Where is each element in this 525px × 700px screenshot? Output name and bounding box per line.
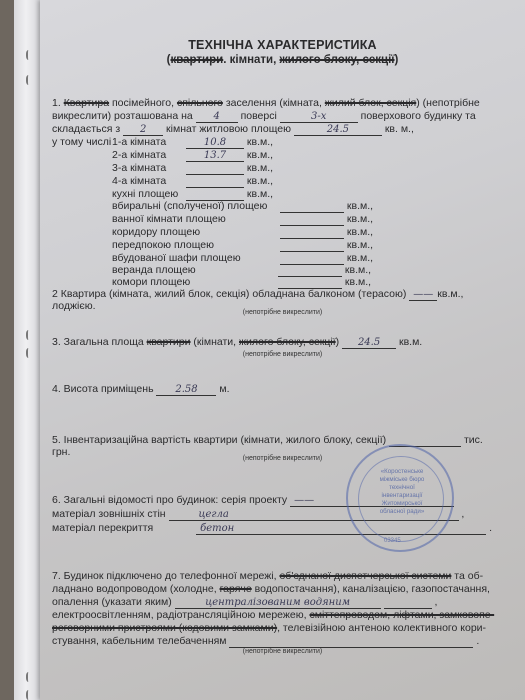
- total-area-field[interactable]: 24.5: [342, 337, 396, 349]
- section-7-line-4: електроосвітленням, радіотрансляційною м…: [52, 609, 494, 622]
- struck-word: жилого блоку, секції: [239, 336, 336, 348]
- living-area-field[interactable]: 24.5: [294, 124, 382, 136]
- document-title: ТЕХНІЧНА ХАРАКТЕРИСТИКА: [40, 38, 525, 52]
- subtitle-part: ): [395, 54, 399, 66]
- subtitle-part-struck: жилого блоку, секції: [280, 54, 395, 66]
- floors-total-field[interactable]: 3-х: [280, 111, 358, 123]
- text: опалення (указати яким): [52, 596, 172, 608]
- text: 4. Висота приміщень: [52, 383, 154, 395]
- unit: м.: [219, 383, 229, 395]
- section-5: 5. Інвентаризаційна вартість квартири (к…: [52, 434, 483, 447]
- section-1-line-1: 1. Квартира посімейного, спільного засел…: [52, 97, 480, 110]
- struck-word: гаряче: [220, 583, 252, 595]
- strike-note: (непотрібне викреслити): [40, 648, 525, 655]
- unit: кв.м.,: [347, 239, 373, 251]
- document-page: ТЕХНІЧНА ХАРАКТЕРИСТИКА (квартири. кімна…: [40, 0, 525, 700]
- stamp-text: «Коростенське міжміське бюро технічної і…: [366, 468, 438, 516]
- unit: кв.м.,: [247, 162, 273, 174]
- section-7-line-5: реговорними пристроями (кодовими замками…: [52, 622, 486, 635]
- area-label: вбиральні (сполученої) площею: [112, 200, 267, 213]
- room-value-wrap: кв.м.,: [186, 162, 273, 175]
- text: стування, кабельним телебаченням: [52, 635, 227, 647]
- text: кімнат житловою площею: [166, 123, 291, 135]
- unit: кв.м.,: [347, 252, 373, 264]
- section-3: 3. Загальна площа квартири (кімнати, жил…: [52, 336, 422, 349]
- binder-hole: [26, 672, 32, 682]
- floor-field[interactable]: 4: [196, 111, 238, 123]
- binder-hole: [26, 330, 32, 340]
- heating-type-field[interactable]: централізованим водяним: [175, 597, 381, 609]
- unit: кв.м.,: [347, 200, 373, 212]
- text: водопостачання), каналізацією, газопоста…: [252, 583, 490, 595]
- struck-word: квартири: [147, 336, 191, 348]
- section-7-line-3: опалення (указати яким) централізованим …: [52, 596, 437, 609]
- rooms-prefix: у тому числі: [52, 136, 111, 149]
- room-label: кухні площею: [112, 188, 178, 200]
- room-value-wrap: кв.м.,: [186, 175, 273, 188]
- area-label: коридору площею: [112, 226, 200, 239]
- text: кв. м.,: [385, 123, 414, 135]
- text: , телевізійною антеною колективного кори…: [277, 622, 486, 634]
- official-stamp: «Коростенське міжміське бюро технічної і…: [346, 444, 454, 552]
- area-label: ванної кімнати площею: [112, 213, 226, 226]
- text: ладнано водопроводом (холодне,: [52, 583, 220, 595]
- hallway-area-field[interactable]: [280, 240, 344, 252]
- unit: кв.м.,: [347, 226, 373, 238]
- binder-hole: [26, 50, 32, 60]
- room-row: кухні площею: [112, 188, 178, 201]
- room-label: 1-а кімната: [112, 136, 166, 148]
- strike-note: (непотрібне викреслити): [40, 455, 525, 462]
- text: 5. Інвентаризаційна вартість квартири (к…: [52, 434, 386, 446]
- area-label: веранда площею: [112, 264, 196, 277]
- room-4-area-field[interactable]: [186, 176, 244, 188]
- section-4: 4. Висота приміщень 2.58 м.: [52, 383, 230, 396]
- section-1-line-2: викреслити) розташована на 4 поверсі 3-х…: [52, 110, 476, 123]
- text: поверхового будинку та: [361, 110, 476, 122]
- text: ): [336, 336, 340, 348]
- binder-hole: [26, 348, 32, 358]
- unit: кв.м.,: [345, 264, 371, 276]
- cable-tv-field[interactable]: [229, 636, 473, 648]
- area-value-wrap: кв.м.,: [280, 213, 373, 226]
- room-value-wrap: 13.7 кв.м.,: [186, 149, 273, 162]
- section-7-line-2: ладнано водопроводом (холодне, гаряче во…: [52, 583, 490, 596]
- unit: кв.м.,: [345, 276, 371, 288]
- text: складається з: [52, 123, 120, 135]
- text: поверсі: [241, 110, 277, 122]
- struck-word: сміттепроводом, ліфтами, замковопе-: [309, 609, 494, 621]
- binder-hole: [26, 690, 32, 700]
- text: ) (непотрібне: [416, 97, 479, 109]
- text: 6. Загальні відомості про будинок: серія…: [52, 494, 287, 506]
- subtitle-part-struck: квартири: [170, 54, 223, 66]
- room-row: 4-а кімната: [112, 175, 166, 188]
- unit: кв.м.,: [347, 213, 373, 225]
- text: електроосвітленням, радіотрансляційною м…: [52, 609, 309, 621]
- text: посімейного,: [109, 97, 177, 109]
- section-number: 1.: [52, 97, 64, 109]
- area-label: комори площею: [112, 276, 190, 289]
- document-subtitle: (квартири. кімнати, жилого блоку, секції…: [40, 54, 525, 66]
- area-value-wrap: кв.м.,: [280, 200, 373, 213]
- bathroom-area-field[interactable]: [280, 214, 344, 226]
- unit: кв.м.: [399, 336, 422, 348]
- area-value-wrap: кв.м.,: [280, 239, 373, 252]
- struck-word: об'єднаної диспетчерської системи: [279, 570, 451, 582]
- unit: кв.м.,: [247, 175, 273, 187]
- balcony-area-field[interactable]: ——: [409, 289, 437, 301]
- struck-word: Квартира: [64, 97, 109, 109]
- area-value-wrap: кв.м.,: [280, 226, 373, 239]
- section-1-line-3: складається з 2 кімнат житловою площею 2…: [52, 123, 414, 136]
- corridor-area-field[interactable]: [280, 227, 344, 239]
- room-2-area-field[interactable]: 13.7: [186, 150, 244, 162]
- room-label: 3-а кімната: [112, 162, 166, 174]
- text: та об-: [451, 570, 483, 582]
- rooms-count-field[interactable]: 2: [123, 124, 163, 136]
- unit: кв.м.,: [247, 149, 273, 161]
- struck-word: реговорними пристроями (кодовими замками…: [52, 622, 277, 634]
- strike-note: (непотрібне викреслити): [40, 309, 525, 316]
- room-row: 2-а кімната: [112, 149, 166, 162]
- room-label: 4-а кімната: [112, 175, 166, 187]
- text: 3. Загальна площа: [52, 336, 147, 348]
- area-label: вбудованої шафи площею: [112, 252, 241, 265]
- room-value-wrap: 10.8 кв.м.,: [186, 136, 273, 149]
- binder-hole: [26, 75, 32, 85]
- room-1-area-field[interactable]: 10.8: [186, 137, 244, 149]
- struck-word: жилий блок, секція: [325, 97, 416, 109]
- unit: кв.м.,: [437, 288, 463, 300]
- text: заселення (кімната,: [223, 97, 325, 109]
- unit: кв.м.,: [247, 136, 273, 148]
- section-7-line-1: 7. Будинок підключено до телефонної мере…: [52, 570, 483, 583]
- stamp-code: 03345: [384, 538, 401, 544]
- text: матеріал зовнішніх стін: [52, 508, 166, 520]
- struck-word: спільного: [177, 97, 223, 109]
- room-label: 2-а кімната: [112, 149, 166, 161]
- text: 7. Будинок підключено до телефонної мере…: [52, 570, 279, 582]
- unit: кв.м.,: [247, 188, 273, 200]
- heating-extra-field[interactable]: [384, 597, 432, 609]
- subtitle-part: . кімнати,: [223, 54, 279, 66]
- section-2: 2 Квартира (кімната, жилий блок, секція)…: [52, 288, 463, 301]
- ceiling-height-field[interactable]: 2.58: [156, 384, 216, 396]
- text: (кімнати,: [191, 336, 239, 348]
- text: 2 Квартира (кімната, жилий блок, секція)…: [52, 288, 406, 300]
- room-3-area-field[interactable]: [186, 163, 244, 175]
- room-row: 1-а кімната: [112, 136, 166, 149]
- text: викреслити) розташована на: [52, 110, 193, 122]
- toilet-area-field[interactable]: [280, 201, 344, 213]
- text: матеріал перекриття: [52, 522, 153, 534]
- section-7-line-6: стування, кабельним телебаченням .: [52, 635, 479, 648]
- strike-note: (непотрібне викреслити): [40, 351, 525, 358]
- unit: тис.: [464, 434, 483, 446]
- room-row: 3-а кімната: [112, 162, 166, 175]
- area-label: передпокою площею: [112, 239, 214, 252]
